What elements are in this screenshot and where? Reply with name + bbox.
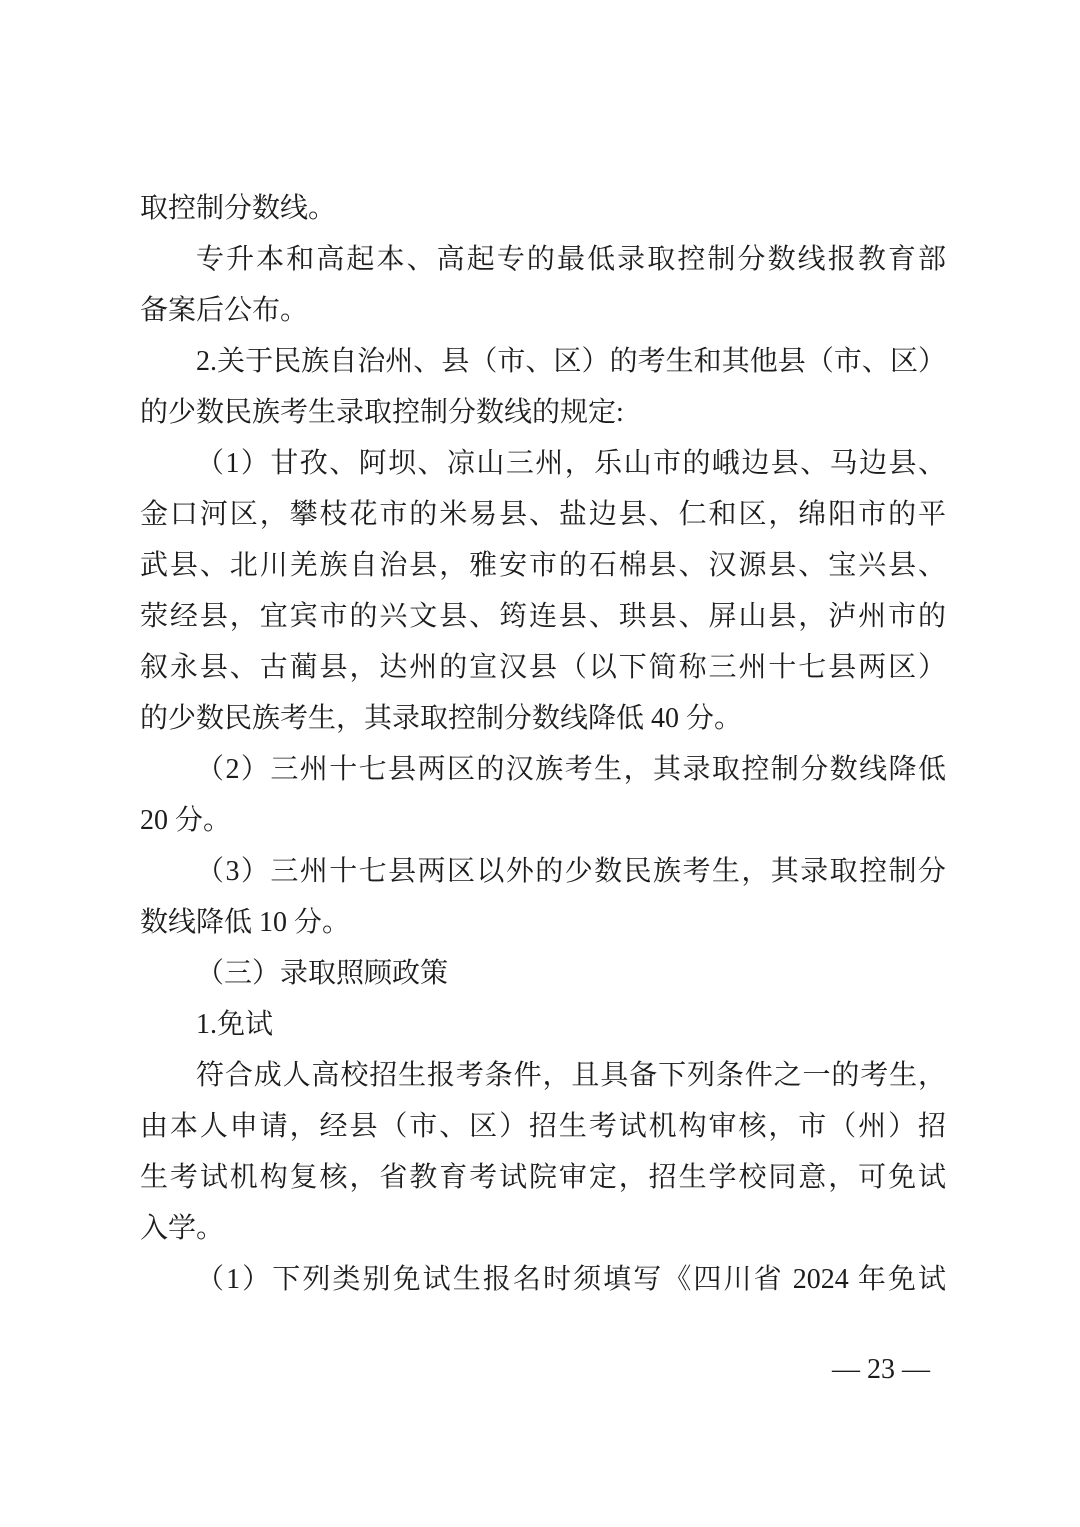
section-heading-line: （三）录取照顾政策 [140,948,946,999]
text-line: 入学。 [140,1203,946,1254]
text-line: 的少数民族考生，其录取控制分数线降低 40 分。 [140,693,946,744]
text-line: 生考试机构复核，省教育考试院审定，招生学校同意，可免试 [140,1152,946,1203]
text-line: （1）甘孜、阿坝、凉山三州，乐山市的峨边县、马边县、 [140,438,946,489]
document-body: 取控制分数线。专升本和高起本、高起专的最低录取控制分数线报教育部备案后公布。2.… [140,183,946,1305]
text-line: 1.免试 [140,999,946,1050]
text-line: 叙永县、古蔺县，达州的宣汉县（以下简称三州十七县两区） [140,642,946,693]
text-line: （2）三州十七县两区的汉族考生，其录取控制分数线降低 [140,744,946,795]
text-line: 备案后公布。 [140,285,946,336]
text-line: 武县、北川羌族自治县，雅安市的石棉县、汉源县、宝兴县、 [140,540,946,591]
text-line: 符合成人高校招生报考条件，且具备下列条件之一的考生， [140,1050,946,1101]
text-line: 数线降低 10 分。 [140,897,946,948]
text-line: 取控制分数线。 [140,183,946,234]
text-line: 2.关于民族自治州、县（市、区）的考生和其他县（市、区） [140,336,946,387]
text-line: （3）三州十七县两区以外的少数民族考生，其录取控制分 [140,846,946,897]
page-number: — 23 — [832,1344,930,1395]
text-line: 荥经县，宜宾市的兴文县、筠连县、珙县、屏山县，泸州市的 [140,591,946,642]
text-line: （1）下列类别免试生报名时须填写《四川省 2024 年免试 [140,1254,946,1305]
text-line: 专升本和高起本、高起专的最低录取控制分数线报教育部 [140,234,946,285]
text-line: 金口河区，攀枝花市的米易县、盐边县、仁和区，绵阳市的平 [140,489,946,540]
text-line: 由本人申请，经县（市、区）招生考试机构审核，市（州）招 [140,1101,946,1152]
text-line: 20 分。 [140,795,946,846]
text-line: 的少数民族考生录取控制分数线的规定: [140,387,946,438]
document-page: 取控制分数线。专升本和高起本、高起专的最低录取控制分数线报教育部备案后公布。2.… [0,0,1080,1527]
